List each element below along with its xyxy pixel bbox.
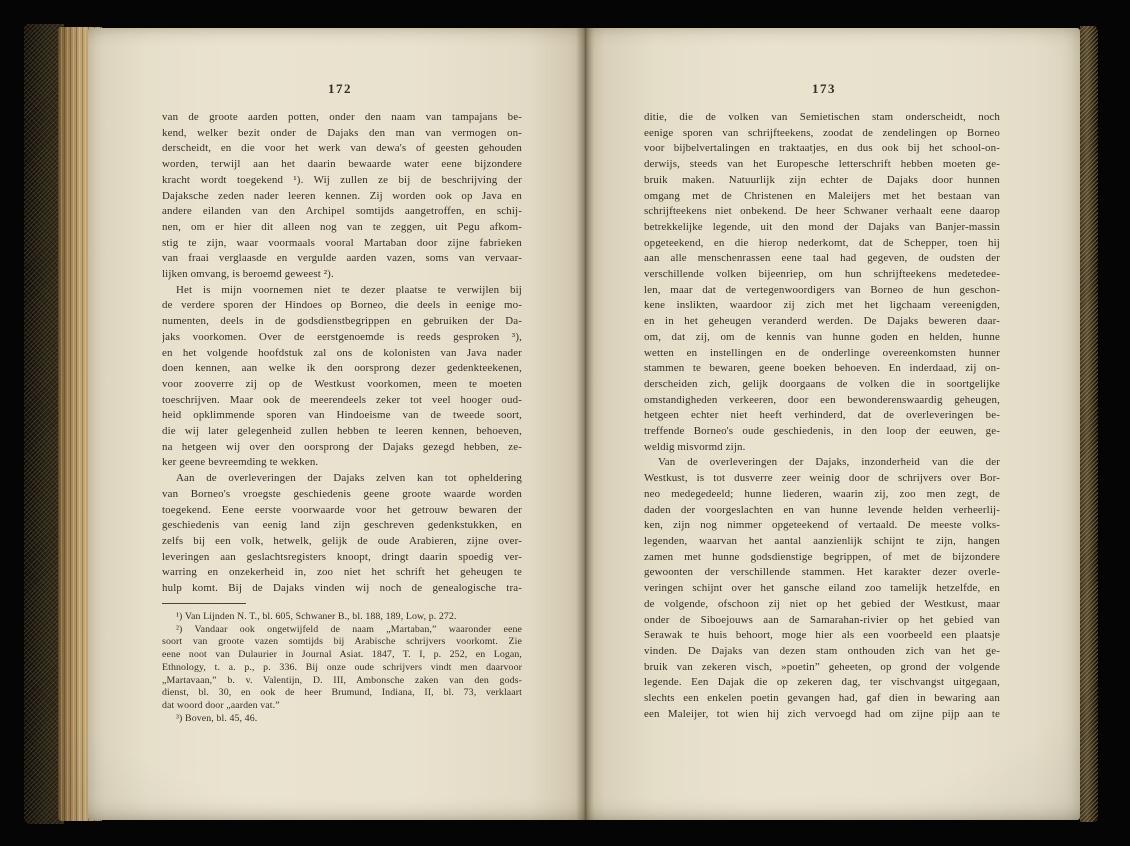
text-line: eene noot van Dulaurier in Journal Asiat… bbox=[162, 649, 522, 662]
text-line: leveringen aan geslachtsregisters knoopt… bbox=[162, 550, 522, 566]
text-line: na hetgeen wij over den oorsprong der Da… bbox=[162, 440, 522, 456]
text-line: onder de Siboejouws aan de Samarahan-riv… bbox=[644, 613, 1000, 629]
text-line: die wij later gelegenheid zullen hebben … bbox=[162, 424, 522, 440]
page-number-left: 172 bbox=[160, 81, 520, 97]
text-line: treffende Borneo's oude geschiedenis, in… bbox=[644, 424, 1000, 440]
text-line: kend, welker bezit onder de Dajaks den m… bbox=[162, 126, 522, 142]
text-line: dat woord door „aarden vat.” bbox=[162, 700, 522, 713]
text-line: een Maleijer, tot wien hij zich vervoegd… bbox=[644, 707, 1000, 723]
book-photograph: 172 van de groote aarden potten, onder d… bbox=[0, 0, 1130, 846]
footnote-rule bbox=[162, 603, 246, 604]
text-line: jaks voorkomen. Over de eerstgenoemde is… bbox=[162, 330, 522, 346]
text-line: de verdere sporen der Hindoes op Borneo,… bbox=[162, 298, 522, 314]
text-line: „Martavaan,” b. v. Valentijn, D. III, Am… bbox=[162, 675, 522, 688]
text-line: daden der voorgeslachten en van hunne le… bbox=[644, 503, 1000, 519]
text-line: dienst, bl. 30, en ook de heer Brumund, … bbox=[162, 687, 522, 700]
text-line: omstandigheden verkeeren, door een bewon… bbox=[644, 393, 1000, 409]
text-line: legenden, waarvan het aantal aanzienlijk… bbox=[644, 534, 1000, 550]
text-line: gewoonten der verschillende stammen. Het… bbox=[644, 565, 1000, 581]
main-text-right: ditie, die de volken van Semietischen st… bbox=[644, 110, 1000, 722]
text-line: Serawak te huis behoort, moge hier als e… bbox=[644, 628, 1000, 644]
text-line: weldig misvormd zijn. bbox=[644, 440, 1000, 456]
text-line: Westkust, is tot dusverre zeer weinig do… bbox=[644, 471, 1000, 487]
text-line: neo medegedeeld; hunne liederen, waarin … bbox=[644, 487, 1000, 503]
text-line: voor bijbelvertalingen en traktaatjes, e… bbox=[644, 141, 1000, 157]
footnotes-left: ¹) Van Lijnden N. T., bl. 605, Schwaner … bbox=[162, 611, 522, 725]
text-line: numenten, deels in de godsdienstbegrippe… bbox=[162, 314, 522, 330]
book-gutter-shadow bbox=[576, 28, 594, 820]
text-line: ²) Vandaar ook ongetwijfeld de naam „Mar… bbox=[162, 624, 522, 637]
text-line: slechts een enkelen poetin gevangen had,… bbox=[644, 691, 1000, 707]
text-line: toegekend. Eene eerste voorwaarde voor h… bbox=[162, 503, 522, 519]
text-line: om, dat zij, om de kennis van hunne gode… bbox=[644, 330, 1000, 346]
text-line: ditie, die de volken van Semietischen st… bbox=[644, 110, 1000, 126]
text-line: stig te zijn, waar voormaals vooral Mart… bbox=[162, 236, 522, 252]
text-line: en in het geheugen veranderd werden. De … bbox=[644, 314, 1000, 330]
text-line: wetten en instellingen en de onderlinge … bbox=[644, 346, 1000, 362]
text-line: kene inslikten, waardoor zij zich met he… bbox=[644, 298, 1000, 314]
text-line: derscheiden zich, gelijk doorgaans de vo… bbox=[644, 377, 1000, 393]
text-line: schrijfteekens niet onbekend. De heer Sc… bbox=[644, 204, 1000, 220]
text-line: opgeteekend, en die hierop nederkomt, da… bbox=[644, 236, 1000, 252]
text-line: doen kennen, aan welke ik den oorsprong … bbox=[162, 361, 522, 377]
text-line: Van de overleveringen der Dajaks, inzond… bbox=[644, 455, 1000, 471]
text-line: derscheidt, en die voor het werk van dew… bbox=[162, 141, 522, 157]
text-line: warring en onzekerheid in, zoo niet het … bbox=[162, 565, 522, 581]
text-line: hetgeen echter niet heeft verhinderd, da… bbox=[644, 408, 1000, 424]
text-line: heid opklimmende sporen van Hindoeisme v… bbox=[162, 408, 522, 424]
text-line: de volgende, ofschoon zij niet op het ge… bbox=[644, 597, 1000, 613]
text-line: soort van groote vazen somtijds bij Arab… bbox=[162, 636, 522, 649]
text-line: verschillende volken bijeenriep, om hun … bbox=[644, 267, 1000, 283]
page-number-right: 173 bbox=[644, 81, 1004, 97]
main-text-left: van de groote aarden potten, onder den n… bbox=[162, 110, 522, 597]
text-line: kracht wordt toegekend ¹). Wij zullen ze… bbox=[162, 173, 522, 189]
text-line: en het volgende hoofdstuk zal ons de kol… bbox=[162, 346, 522, 362]
text-line: betrekkelijke legende, uit den mond der … bbox=[644, 220, 1000, 236]
text-line: Ethnology, t. a. p., p. 336. Bij onze ou… bbox=[162, 662, 522, 675]
text-line: ¹) Van Lijnden N. T., bl. 605, Schwaner … bbox=[162, 611, 522, 624]
text-line: nen, om er hier dit alleen nog van te ze… bbox=[162, 220, 522, 236]
text-line: Het is mijn voornemen niet te dezer plaa… bbox=[162, 283, 522, 299]
text-line: zamen met hunne godsdienstige begrippen,… bbox=[644, 550, 1000, 566]
text-line: derwijs, steeds van het Europesche lette… bbox=[644, 157, 1000, 173]
text-line: omgang met de Christenen en Maleijers me… bbox=[644, 189, 1000, 205]
text-line: bruik maken. Natuurlijk zijn echter de D… bbox=[644, 173, 1000, 189]
text-line: van de groote aarden potten, onder den n… bbox=[162, 110, 522, 126]
text-line: geschiedenis van eenig land zijn geschre… bbox=[162, 518, 522, 534]
text-line: andere eilanden van den Archipel somtijd… bbox=[162, 204, 522, 220]
text-line: veringen schijnt over het gansche eiland… bbox=[644, 581, 1000, 597]
text-line: hulp komt. Bij de Dajaks vinden wij noch… bbox=[162, 581, 522, 597]
text-line: ker geene bevreemding te wekken. bbox=[162, 455, 522, 471]
text-line: van fraai verglaasde en vergulde aarden … bbox=[162, 251, 522, 267]
text-line: worden, terwijl aan het daarin bewaarde … bbox=[162, 157, 522, 173]
text-line: lijken omvang, is beroemd geweest ²). bbox=[162, 267, 522, 283]
text-line: Dajaksche zeden nader leeren kennen. Zij… bbox=[162, 189, 522, 205]
text-line: toeschrijven. Maar ook de meerendeels ze… bbox=[162, 393, 522, 409]
text-line: vinden. De Dajaks van dezen stam onthoud… bbox=[644, 644, 1000, 660]
text-line: ³) Boven, bl. 45, 46. bbox=[162, 713, 522, 726]
text-line: aan alle menschenrassen eene taal had ge… bbox=[644, 251, 1000, 267]
text-line: voor zooverre zij op de Westkust voorkom… bbox=[162, 377, 522, 393]
text-line: stammen te bewaren, geene boeken behoeve… bbox=[644, 361, 1000, 377]
text-line: Aan de overleveringen der Dajaks zelven … bbox=[162, 471, 522, 487]
book-cover-edge-right bbox=[1080, 26, 1098, 822]
text-line: eenige sporen van schrijfteekens, zoodat… bbox=[644, 126, 1000, 142]
text-line: van Borneo's vroegste geschiedenis geene… bbox=[162, 487, 522, 503]
text-line: bruik van zekeren visch, »poetin” geheet… bbox=[644, 660, 1000, 676]
text-line: zelfs bij een volk, hetwelk, gelijk de o… bbox=[162, 534, 522, 550]
text-line: len, maar dat de vertegenwoordigers van … bbox=[644, 283, 1000, 299]
text-line: ken, zijn nog nimmer opgeteekend of vert… bbox=[644, 518, 1000, 534]
text-line: legende. Een Dajak die op zekeren dag, t… bbox=[644, 675, 1000, 691]
